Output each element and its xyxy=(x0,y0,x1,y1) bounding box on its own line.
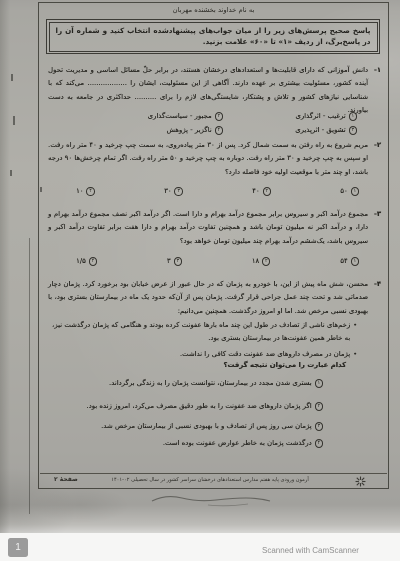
option-4-1: ۱ بستری شدن مجدد در بیمارستان، نتوانست پ… xyxy=(109,377,323,390)
question-1: ۱- دانش آموزانی که دارای قابلیت‌ها و است… xyxy=(48,64,381,142)
circled-number-icon: ۴ xyxy=(89,257,97,265)
option-1-1-label: ترغیب - اثرگذاری xyxy=(295,110,345,123)
option-2-3-label: ۳۰ xyxy=(164,185,171,198)
circled-number-icon: ۴ xyxy=(315,439,323,447)
question-2-options-row: ۱ ۵۰ ۲ ۴۰ ۳ ۳۰ ۴ ۱۰ xyxy=(48,185,381,198)
question-4: ۴- محسن، شش ماه پیش از این، با خودرو به … xyxy=(48,278,381,458)
option-1-3: ۳ تشویق - اثرپذیری xyxy=(223,124,357,137)
question-3-text: ۳- مجموع درآمد اکبر و سیروس برابر مجموع … xyxy=(48,208,381,248)
circled-number-icon: ۳ xyxy=(174,187,182,195)
option-1-4-label: ناگزیر - پژوهش xyxy=(166,124,211,137)
scan-mark xyxy=(11,74,13,81)
question-4-bullet-1: • زخم‌های ناشی از تصادف در طول این چند م… xyxy=(52,319,357,346)
option-1-4: ۴ ناگزیر - پژوهش xyxy=(166,124,223,137)
scan-margin-line xyxy=(29,238,30,514)
circled-number-icon: ۴ xyxy=(86,187,94,195)
option-4-4: ۴ درگذشت پژمان به خاطر عوارض عفونت بوده … xyxy=(163,437,323,450)
instruction-text: پاسخ صحیح پرسش‌های زیر را از میان جواب‌ه… xyxy=(49,22,378,52)
footer-star-icon xyxy=(355,476,366,487)
question-4-number: ۴- xyxy=(374,278,381,291)
circled-number-icon: ۱ xyxy=(315,379,323,387)
circled-number-icon: ۳ xyxy=(315,422,323,430)
option-1-2-label: مجبور - سیاست‌گذاری xyxy=(148,110,212,123)
footer-divider xyxy=(40,473,387,474)
option-4-2-label: اگر پژمان داروهای ضد عفونت را به طور دقی… xyxy=(86,400,311,413)
circled-number-icon: ۲ xyxy=(262,257,270,265)
question-2-number: ۲- xyxy=(374,139,381,152)
option-3-1: ۱ ۵۴ xyxy=(340,255,359,268)
circled-number-icon: ۳ xyxy=(349,126,357,134)
option-4-2: ۲ اگر پژمان داروهای ضد عفونت را به طور د… xyxy=(86,400,323,413)
circled-number-icon: ۲ xyxy=(215,112,223,120)
option-4-1-label: بستری شدن مجدد در بیمارستان، نتوانست پژم… xyxy=(109,377,312,390)
question-2: ۲- مریم شروع به راه رفتن به سمت شمال کرد… xyxy=(48,139,381,201)
instruction-box: پاسخ صحیح پرسش‌های زیر را از میان جواب‌ه… xyxy=(46,19,380,54)
option-3-1-label: ۵۴ xyxy=(340,255,347,268)
option-2-2: ۲ ۴۰ xyxy=(252,185,271,198)
camscanner-watermark: Scanned with CamScanner xyxy=(262,546,359,555)
question-4-body: محسن، شش ماه پیش از این، با خودرو به پژم… xyxy=(48,280,368,315)
circled-number-icon: ۲ xyxy=(315,402,323,410)
option-2-3: ۳ ۳۰ xyxy=(164,185,183,198)
question-4-prompt: کدام عبارت را می‌توان نتیجه گرفت؟ xyxy=(223,359,346,372)
bullet-icon: • xyxy=(353,348,357,361)
circled-number-icon: ۳ xyxy=(174,257,182,265)
scanned-exam-page: به نام خداوند بخشنده مهربان پاسخ صحیح پر… xyxy=(0,0,400,561)
scan-mark xyxy=(10,170,12,176)
question-2-text: ۲- مریم شروع به راه رفتن به سمت شمال کرد… xyxy=(48,139,381,179)
option-3-4-label: ۱/۵ xyxy=(76,255,86,268)
option-1-3-label: تشویق - اثرپذیری xyxy=(295,124,345,137)
question-1-options-row-2: ۳ تشویق - اثرپذیری ۴ ناگزیر - پژوهش xyxy=(48,124,381,137)
scan-mark xyxy=(40,187,42,192)
option-2-4: ۴ ۱۰ xyxy=(76,185,95,198)
option-3-2: ۲ ۱۸ xyxy=(252,255,271,268)
scan-mark xyxy=(13,116,15,125)
option-3-2-label: ۱۸ xyxy=(252,255,259,268)
footer-page-number: صفحهٔ ۲ xyxy=(54,476,78,483)
circled-number-icon: ۱ xyxy=(351,257,359,265)
page-number-badge: 1 xyxy=(8,538,28,557)
handwriting-scribble xyxy=(148,492,273,508)
question-3-number: ۳- xyxy=(374,208,381,221)
question-3-options-row: ۱ ۵۴ ۲ ۱۸ ۳ ۳ ۴ ۱/۵ xyxy=(48,255,381,268)
bismillah-heading: به نام خداوند بخشنده مهربان xyxy=(38,6,389,14)
option-3-3: ۳ ۳ xyxy=(167,255,182,268)
circled-number-icon: ۲ xyxy=(263,187,271,195)
question-1-options-row-1: ۱ ترغیب - اثرگذاری ۲ مجبور - سیاست‌گذاری xyxy=(48,110,381,123)
footer-exam-title: آزمون ورودی پایه هفتم مدارس استعدادهای د… xyxy=(80,477,340,483)
question-4-bullet-1-text: زخم‌های ناشی از تصادف در طول این چند ماه… xyxy=(52,319,350,346)
option-3-3-label: ۳ xyxy=(167,255,171,268)
question-1-body: دانش آموزانی که دارای قابلیت‌ها و استعدا… xyxy=(48,66,368,114)
circled-number-icon: ۱ xyxy=(351,187,359,195)
option-2-2-label: ۴۰ xyxy=(252,185,259,198)
question-1-number: ۱- xyxy=(374,64,381,77)
option-4-3-label: پژمان سی روز پس از تصادف و با بهبودی نسب… xyxy=(101,420,312,433)
circled-number-icon: ۴ xyxy=(215,126,223,134)
question-2-body: مریم شروع به راه رفتن به سمت شمال کرد. پ… xyxy=(48,141,368,176)
option-2-1-label: ۵۰ xyxy=(340,185,347,198)
circled-number-icon: ۱ xyxy=(349,112,357,120)
option-1-1: ۱ ترغیب - اثرگذاری xyxy=(223,110,357,123)
option-3-4: ۴ ۱/۵ xyxy=(76,255,97,268)
question-4-text: ۴- محسن، شش ماه پیش از این، با خودرو به … xyxy=(48,278,381,318)
option-1-2: ۲ مجبور - سیاست‌گذاری xyxy=(148,110,223,123)
option-2-1: ۱ ۵۰ xyxy=(340,185,359,198)
question-3: ۳- مجموع درآمد اکبر و سیروس برابر مجموع … xyxy=(48,208,381,270)
question-3-body: مجموع درآمد اکبر و سیروس برابر مجموع درآ… xyxy=(48,210,368,245)
option-2-4-label: ۱۰ xyxy=(76,185,83,198)
option-4-4-label: درگذشت پژمان به خاطر عوارض عفونت بوده اس… xyxy=(163,437,312,450)
option-4-3: ۳ پژمان سی روز پس از تصادف و با بهبودی ن… xyxy=(101,420,323,433)
bullet-icon: • xyxy=(353,319,357,346)
